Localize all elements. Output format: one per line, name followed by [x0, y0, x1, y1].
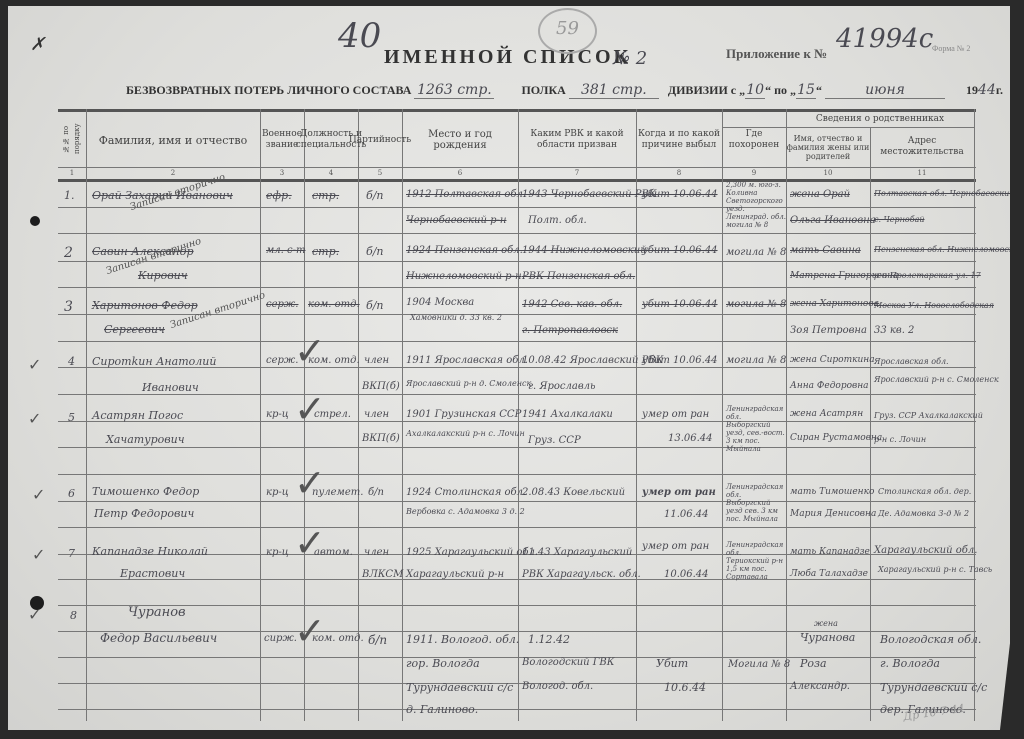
fate: убит 10.06.44: [642, 245, 718, 256]
fate: умер от ран: [642, 541, 709, 552]
position: ком. отд.: [308, 299, 360, 310]
burial-place: могила № 8: [726, 247, 786, 258]
birth-place: 1911 Ярославская обл.: [406, 355, 528, 366]
year-suffix: 44: [978, 82, 996, 98]
address-2: р-н Пролетарская ул. 17: [874, 271, 981, 280]
burial-place: могила № 8: [726, 355, 786, 366]
rvk-2: РВК Харагаульск. обл.: [522, 569, 641, 580]
check-mark-icon: ✓: [32, 545, 45, 564]
address: Ярославская обл.: [874, 357, 949, 366]
rvk-2: Полт. обл.: [528, 215, 587, 226]
full-name-2: Петр Федорович: [94, 507, 194, 520]
col-num: 7: [518, 169, 636, 177]
rvk-2: Вологод. обл.: [522, 681, 593, 692]
party: член: [364, 409, 389, 420]
address-2: 33 кв. 2: [874, 325, 914, 336]
check-mark-icon: ✓: [28, 605, 41, 624]
birth-place: 1911. Вологод. обл.: [406, 633, 519, 646]
relative-name: мать Капанадзе: [790, 547, 870, 557]
rvk: 1942 Сев. кав. обл.: [522, 299, 622, 310]
header-name: Фамилия, имя и отчество: [86, 113, 260, 167]
birth-place: 1925 Харагаульский обл.: [406, 547, 538, 558]
row-number: 6: [68, 487, 75, 500]
birth-place-3: Турундаевский с/с: [406, 681, 513, 694]
address-2: Ярославский р-н с. Смоленск: [874, 375, 999, 384]
full-name-2: Кирович: [138, 269, 188, 282]
rank: серж.: [266, 299, 298, 310]
full-name-2: Федор Васильевич: [100, 631, 217, 645]
party: б/п: [366, 245, 384, 258]
address: Столинская обл. дер.: [878, 487, 971, 496]
fate: умер от ран: [642, 409, 709, 420]
row-number: 3: [64, 299, 73, 315]
position: стр.: [312, 245, 339, 258]
relative-name-2: Ольга Ивановна: [790, 215, 876, 226]
relative-name-2: Анна Федоровна: [790, 381, 869, 391]
date-from: 10: [745, 82, 765, 99]
handwritten-list-number: 40: [338, 16, 381, 56]
full-name: Харитонов Федор: [92, 299, 198, 312]
birth-place-2: Вербовка с. Адамовка 3 д. 2: [406, 507, 525, 516]
burial-place: Ленинградская обл. Выборгский уезд сев. …: [726, 483, 786, 523]
fate: убит 10.06.44: [642, 189, 718, 200]
burial-place: 2,300 м. юго-з. Коливна Светогорского уе…: [726, 181, 786, 229]
party: член: [364, 355, 389, 366]
row-number: 4: [68, 355, 75, 368]
regiment-value: 1263 стр.: [414, 82, 494, 99]
address-2: Харагаульский р-н с. Тавсь: [878, 565, 992, 574]
appendix-label: Приложение к №: [726, 46, 827, 62]
birth-place: 1924 Пензенская обл.: [406, 245, 523, 256]
scanned-document: ✗ 40 ИМЕННОЙ СПИСОК № 2 59 Приложение к …: [8, 6, 1010, 730]
relative-name: мать Тимошенко: [790, 487, 874, 497]
rank: кр-ц: [266, 547, 289, 558]
month: июня: [825, 82, 945, 99]
header-fate: Когда и по какой причине выбыл: [636, 113, 722, 167]
relative-name: жена Асатрян: [790, 409, 863, 419]
full-name: Капанадзе Николай: [92, 545, 208, 558]
birth-place-4: д. Галиново.: [406, 703, 478, 716]
header-number: №№ по порядку: [58, 113, 86, 165]
check-mark-icon: ✓: [28, 409, 41, 428]
rvk-2: г. Ярославль: [528, 381, 595, 392]
row-number: 5: [68, 411, 75, 424]
casualty-table: №№ по порядку Фамилия, имя и отчество Во…: [58, 109, 976, 721]
full-name-2: Сергеевич: [104, 323, 165, 336]
position: стр.: [312, 189, 339, 202]
col-num: 3: [260, 169, 304, 177]
relative-name: Чуранова: [800, 631, 855, 644]
party-2: ВЛКСМ: [362, 569, 403, 580]
check-mark-icon: ✓: [32, 485, 45, 504]
fate-2: 11.06.44: [664, 509, 709, 520]
burial-place: Ленинградская обл. Териокский р-н 1,5 км…: [726, 541, 786, 581]
circled-stamp-number: 59: [538, 8, 597, 54]
burial-place: Могила № 8: [728, 659, 790, 670]
rank: ефр.: [266, 189, 292, 202]
party: б/п: [366, 189, 384, 202]
form-number: Форма № 2: [932, 44, 970, 53]
row-number: 2: [64, 245, 73, 261]
col-num: 4: [304, 169, 358, 177]
full-name: Чуранов: [128, 605, 186, 620]
address: Москва Ул. Новослободская: [874, 301, 994, 310]
rvk: 1944 Нижнеломовский: [522, 245, 647, 256]
party: б/п: [368, 633, 387, 647]
fate-2: 10.6.44: [664, 681, 706, 694]
birth-place-2: Харагаульский р-н: [406, 569, 504, 580]
year-label: г.: [996, 83, 1003, 98]
birth-place-2: гор. Вологда: [406, 657, 480, 670]
check-mark-icon: ✓: [294, 387, 326, 431]
full-name-2: Хачатурович: [106, 433, 185, 446]
document-title-number: № 2: [613, 48, 647, 69]
header-party: Партийность: [358, 113, 402, 167]
relative-name: жена Харитонова: [790, 299, 879, 309]
party-2: ВКП(б): [362, 433, 400, 444]
header-buried: Где похоронен: [722, 113, 786, 167]
document-title: ИМЕННОЙ СПИСОК: [384, 46, 631, 69]
rvk: Вологодский ГВК: [522, 657, 615, 668]
punch-hole: [30, 216, 40, 226]
subtitle-prefix: БЕЗВОЗВРАТНЫХ ПОТЕРЬ ЛИЧНОГО СОСТАВА: [126, 83, 411, 98]
rvk: 1941 Ахалкалаки: [522, 409, 613, 420]
address-2: с. Чернобай: [874, 215, 925, 224]
relative-name-3: Александр.: [790, 681, 850, 692]
relative-name-2: Мария Денисовна: [790, 509, 876, 519]
col-num: 1: [58, 169, 86, 177]
birth-place-2: Хамовники д. 33 кв. 2: [410, 313, 502, 322]
full-name-2: Ерастович: [120, 567, 185, 580]
col-num: 10: [786, 169, 870, 177]
row-number: 8: [70, 609, 77, 622]
relative-name-2: Сиран Рустамовна: [790, 433, 882, 443]
col-num: 11: [870, 169, 974, 177]
address-2: р-н с. Лочин: [874, 435, 926, 444]
relative-name: жена Сироткина: [790, 355, 875, 365]
division-value: 381 стр.: [569, 82, 659, 99]
fate-2: 10.06.44: [664, 569, 709, 580]
check-mark-icon: ✓: [28, 355, 41, 374]
address-2: г. Вологда: [880, 657, 940, 670]
col-num: 8: [636, 169, 722, 177]
row-number: 7: [68, 547, 75, 560]
address: Харагаульский обл.: [874, 545, 977, 556]
rank: кр-ц: [266, 487, 289, 498]
col-num: 5: [358, 169, 402, 177]
check-mark-icon: ✓: [294, 329, 326, 373]
relative-name-2: Зоя Петровна: [790, 325, 867, 336]
relative-name-2: Люба Талахадзе: [790, 569, 868, 579]
rank: сирж.: [264, 633, 297, 644]
full-name: Тимошенко Федор: [92, 485, 199, 498]
division-label: ДИВИЗИИ с: [668, 83, 736, 98]
rvk-2: РВК Пензенская обл.: [522, 271, 635, 282]
date-to: 15: [796, 82, 816, 99]
birth-place-2: Нижнеломовский р-н: [406, 271, 522, 282]
burial-place: могила № 8: [726, 299, 786, 310]
address: Пензенская обл. Нижнеломовский: [874, 245, 1024, 254]
fate: убит 10.06.44: [642, 355, 718, 366]
fate: убит 10.06.44: [642, 299, 718, 310]
address: Полтавская обл. Чернобаевский р-н: [874, 189, 1024, 198]
header-relative-name: Имя, отчество и фамилия жены или родител…: [786, 127, 870, 167]
relative-name: мать Савина: [790, 245, 861, 256]
birth-place: 1912 Полтавская обл.: [406, 189, 526, 200]
rvk: 2.08.43 Ковельский: [522, 487, 625, 498]
col-num: 9: [722, 169, 786, 177]
corner-mark: ✗: [30, 34, 45, 55]
relative-label: жена: [814, 619, 838, 628]
birth-place-2: Ярославский р-н д. Смоленск: [406, 379, 531, 388]
rvk: 1943 Чернобаевский РВК: [522, 189, 657, 200]
burial-place: Ленинградская обл. Выборгский уезд, сев.…: [726, 405, 786, 453]
party-2: ВКП(б): [362, 381, 400, 392]
birth-place-2: Ахалкалакский р-н с. Лочин: [406, 429, 525, 438]
address: Вологодская обл.: [880, 633, 981, 646]
birth-place: 1904 Москва: [406, 297, 474, 308]
header-birth: Место и год рождения: [402, 113, 518, 167]
address-3: Турундаевский с/с: [880, 681, 987, 694]
birth-place: 1901 Грузинская ССР: [406, 409, 521, 420]
col-num: 6: [402, 169, 518, 177]
party: б/п: [366, 299, 384, 312]
check-mark-icon: ✓: [294, 521, 326, 565]
header-relatives-group: Сведения о родственниках: [786, 111, 974, 127]
date-to-label: по: [774, 83, 787, 98]
rank: кр-ц: [266, 409, 289, 420]
rvk-date: 1.12.42: [528, 633, 570, 646]
fate: Убит: [656, 657, 688, 670]
rvk: 11.43 Харагаульский: [522, 547, 632, 558]
regiment-label: ПОЛКА: [521, 83, 565, 98]
rvk-2: Груз. ССР: [528, 435, 581, 446]
full-name: Асатрян Погос: [92, 409, 183, 422]
fate: умер от ран: [642, 487, 716, 498]
header-rvk: Каким РВК и какой области призван: [518, 113, 636, 167]
full-name-2: Иванович: [142, 381, 199, 394]
address-2: Де. Адамовка 3-д № 2: [878, 509, 969, 518]
rank: мл. с-т: [266, 245, 305, 256]
document-subtitle: БЕЗВОЗВРАТНЫХ ПОТЕРЬ ЛИЧНОГО СОСТАВА 126…: [126, 82, 1003, 99]
appendix-number: 41994с: [836, 24, 933, 54]
full-name: Сиротkин Анатолий: [92, 355, 216, 368]
col-num: 2: [86, 169, 260, 177]
address: Груз. ССР Ахалкалакский: [874, 411, 983, 420]
relative-name-2: Роза: [800, 657, 827, 670]
year-prefix: 19: [966, 83, 978, 98]
row-number: 1.: [64, 189, 75, 202]
birth-place-2: Чернобаевский р-н: [406, 215, 506, 226]
party: член: [364, 547, 389, 558]
relative-name: жена Орай: [790, 189, 850, 200]
check-mark-icon: ✓: [294, 461, 326, 505]
rvk-2: г. Петропавловск: [522, 325, 618, 336]
birth-place: 1924 Столинская обл.: [406, 487, 526, 498]
party: б/п: [368, 487, 384, 498]
header-address: Адрес местожительства: [870, 127, 974, 167]
check-mark-icon: ✓: [294, 609, 326, 653]
fate-2: 13.06.44: [668, 433, 713, 444]
